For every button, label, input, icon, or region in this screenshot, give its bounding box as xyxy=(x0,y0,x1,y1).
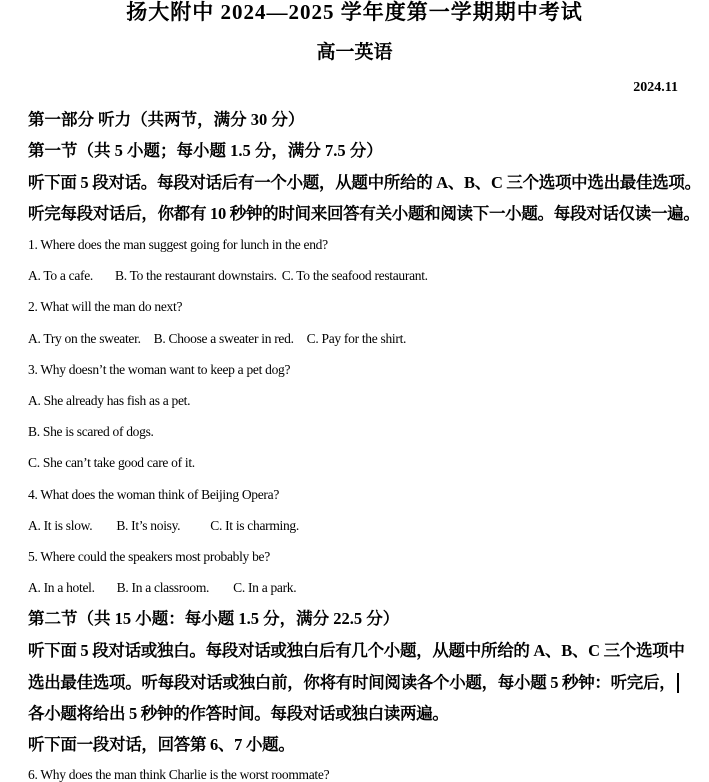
question-3-option-a: A. She already has fish as a pet. xyxy=(28,392,190,410)
question-5-option-c: C. In a park. xyxy=(233,580,296,595)
question-4-options: A. It is slow.B. It’s noisy.C. It is cha… xyxy=(28,517,299,535)
question-4-option-a: A. It is slow. xyxy=(28,518,92,533)
question-2-option-a: A. Try on the sweater. xyxy=(28,331,141,346)
section1-heading: 第一节（共 5 小题；每小题 1.5 分，满分 7.5 分） xyxy=(28,140,383,162)
question-2-options: A. Try on the sweater.B. Choose a sweate… xyxy=(28,330,406,348)
question-3: 3. Why doesn’t the woman want to keep a … xyxy=(28,361,290,379)
question-5-option-b: B. In a classroom. xyxy=(117,580,209,595)
section2-instruction-3: 各小题将给出 5 秒钟的作答时间。每段对话或独白读两遍。 xyxy=(28,703,449,725)
question-1-option-b: B. To the restaurant downstairs. xyxy=(115,268,277,283)
question-2-option-c: C. Pay for the shirt. xyxy=(307,331,406,346)
section2-heading: 第二节（共 15 小题：每小题 1.5 分，满分 22.5 分） xyxy=(28,608,399,630)
question-3-option-b: B. She is scared of dogs. xyxy=(28,423,154,441)
section1-instruction-1: 听下面 5 段对话。每段对话后有一个小题，从题中所给的 A、B、C 三个选项中选… xyxy=(28,172,701,194)
question-1-option-c: C. To the seafood restaurant. xyxy=(282,268,428,283)
exam-title: 扬大附中 2024—2025 学年度第一学期期中考试 xyxy=(0,0,709,26)
section2-instruction-1: 听下面 5 段对话或独白。每段对话或独白后有几个小题，从题中所给的 A、B、C … xyxy=(28,640,685,662)
question-4-option-b: B. It’s noisy. xyxy=(116,518,180,533)
section1-instruction-2: 听完每段对话后，你都有 10 秒钟的时间来回答有关小题和阅读下一小题。每段对话仅… xyxy=(28,203,700,225)
question-4: 4. What does the woman think of Beijing … xyxy=(28,486,279,504)
question-4-option-c: C. It is charming. xyxy=(210,518,299,533)
question-3-option-c: C. She can’t take good care of it. xyxy=(28,454,195,472)
text-cursor xyxy=(677,673,679,693)
exam-subject: 高一英语 xyxy=(0,40,709,66)
question-2: 2. What will the man do next? xyxy=(28,298,182,316)
question-1-option-a: A. To a cafe. xyxy=(28,268,93,283)
dialogue-intro: 听下面一段对话，回答第 6、7 小题。 xyxy=(28,734,295,756)
question-5-options: A. In a hotel.B. In a classroom.C. In a … xyxy=(28,579,296,597)
question-1-options: A. To a cafe.B. To the restaurant downst… xyxy=(28,267,428,285)
section2-instruction-2: 选出最佳选项。听每段对话或独白前，你将有时间阅读各个小题，每小题 5 秒钟：听完… xyxy=(28,672,675,694)
question-5: 5. Where could the speakers most probabl… xyxy=(28,548,270,566)
question-5-option-a: A. In a hotel. xyxy=(28,580,95,595)
part1-heading: 第一部分 听力（共两节，满分 30 分） xyxy=(28,109,304,131)
exam-date: 2024.11 xyxy=(633,78,678,98)
question-6: 6. Why does the man think Charlie is the… xyxy=(28,766,329,782)
question-2-option-b: B. Choose a sweater in red. xyxy=(154,331,294,346)
question-1: 1. Where does the man suggest going for … xyxy=(28,236,328,254)
